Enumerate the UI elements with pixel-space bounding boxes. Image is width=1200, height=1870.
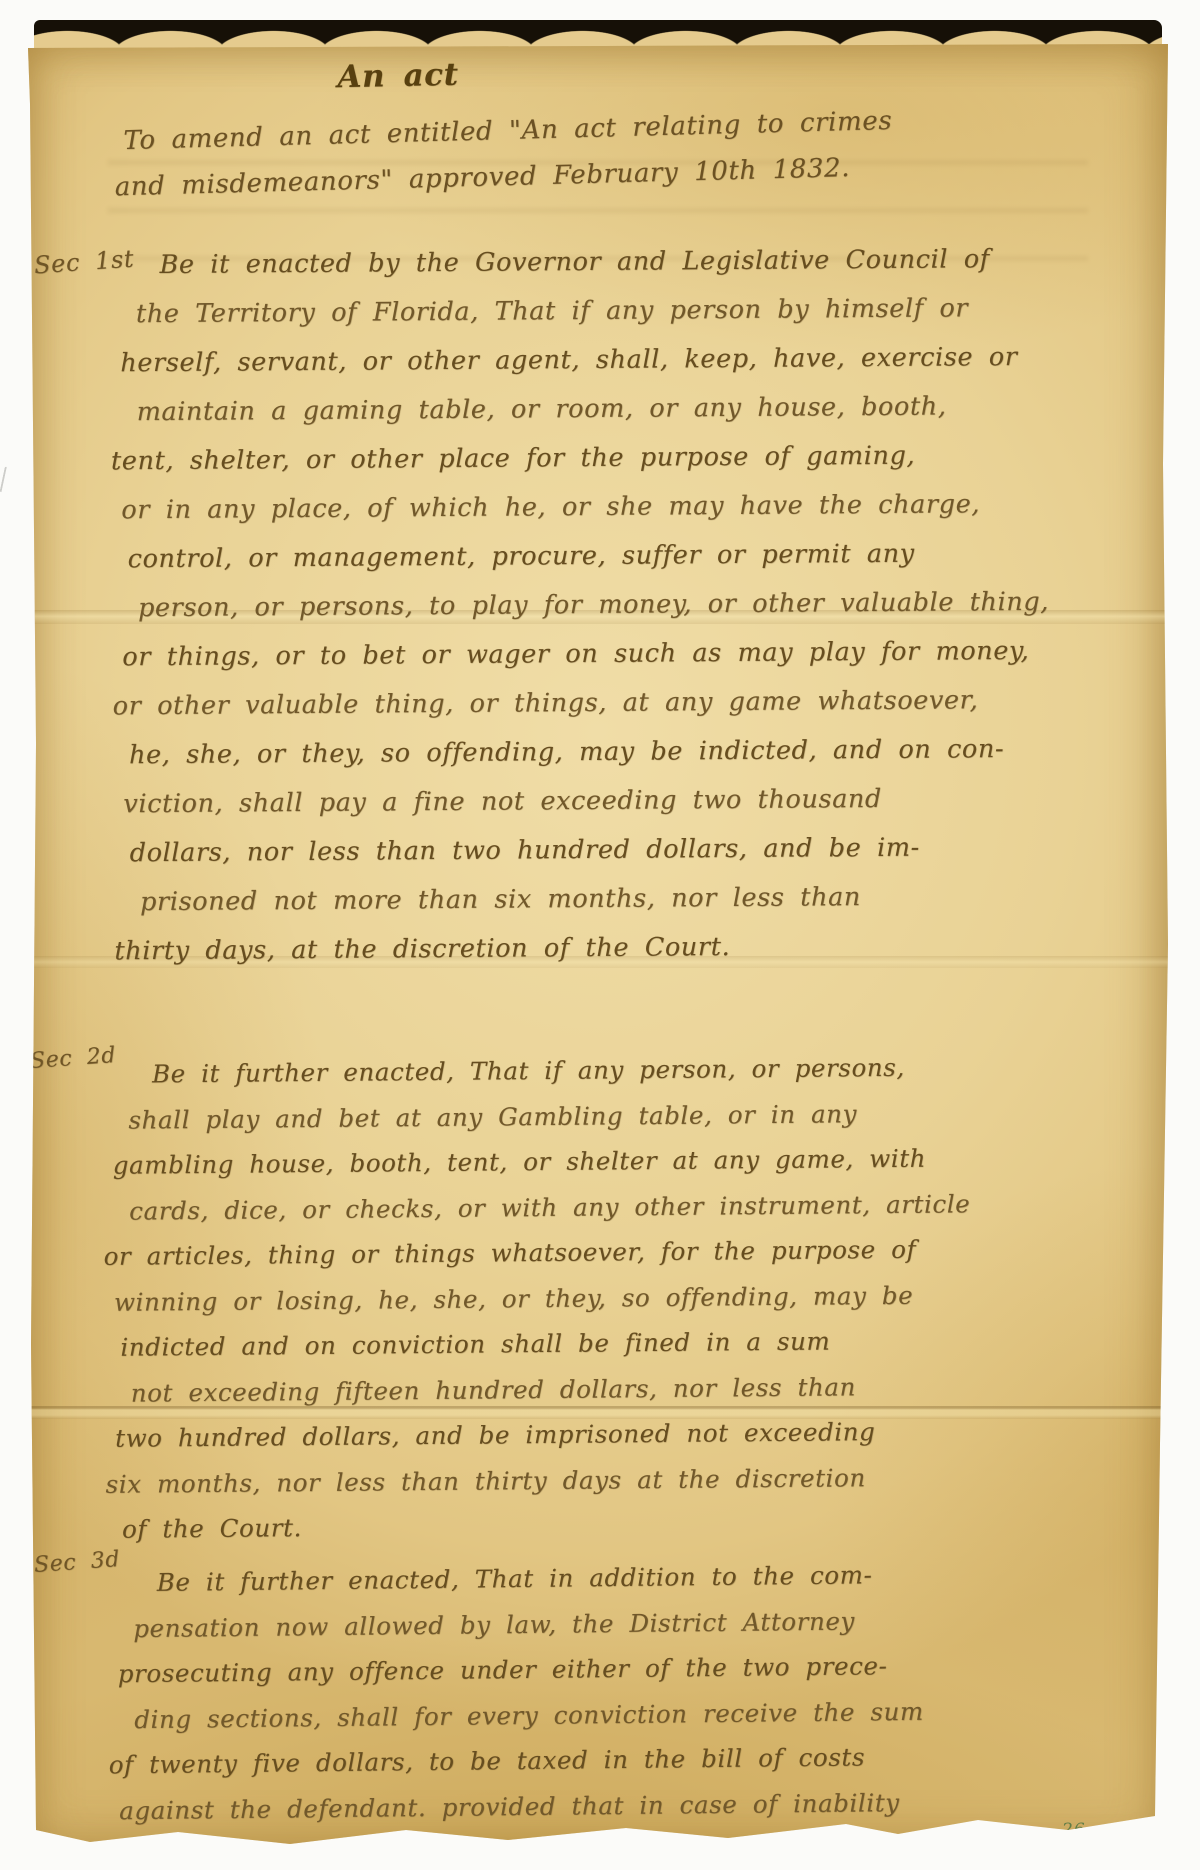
text-line: Be it further enacted, That if any perso… <box>152 1044 969 1097</box>
section-1-body: Be it enacted by the Governor and Legisl… <box>125 235 1051 976</box>
text-line: of twenty five dollars, to be taxed in t… <box>108 1734 924 1788</box>
section-2-label: Sec 2d <box>29 1043 117 1074</box>
text-line: prosecuting any offence under either of … <box>118 1643 924 1697</box>
text-line: two hundred dollars, and be imprisoned n… <box>115 1408 972 1461</box>
text-line: of the Court. <box>122 1499 973 1552</box>
text-line: dollars, nor less than two hundred dolla… <box>130 823 1051 878</box>
text-line: or articles, thing or things whatsoever,… <box>103 1226 970 1279</box>
text-line: person, or persons, to play for money, o… <box>138 578 1049 633</box>
text-line: maintain a gaming table, or room, or any… <box>136 382 1047 437</box>
text-line: the Territory of Florida, That if any pe… <box>136 284 1047 339</box>
text-line: Be it enacted by the Governor and Legisl… <box>159 235 1046 290</box>
text-line: shall play and bet at any Gambling table… <box>128 1090 969 1143</box>
photograph-background: An act To amend an act entitled "An act … <box>0 0 1200 1870</box>
text-line: cards, dice, or checks, or with any othe… <box>129 1181 970 1234</box>
text-line: six months, nor less than thirty days at… <box>105 1454 972 1507</box>
text-line: Be it further enacted, That in addition … <box>157 1552 923 1606</box>
text-line: tent, shelter, or other place for the pu… <box>111 431 1048 487</box>
section-2-body: Be it further enacted, That if any perso… <box>118 1044 973 1552</box>
text-line: pensation now allowed by law, the Distri… <box>133 1597 923 1651</box>
text-line: control, or management, procure, suffer … <box>127 529 1048 584</box>
section-3-body: Be it further enacted, That in addition … <box>123 1552 925 1833</box>
text-line: prisoned not more than six months, nor l… <box>140 872 1051 927</box>
text-line: herself, servant, or other agent, shall,… <box>120 333 1047 388</box>
document-page: An act To amend an act entitled "An act … <box>28 44 1168 1856</box>
text-line: not exceeding fifteen hundred dollars, n… <box>131 1363 972 1416</box>
margin-pencil-mark <box>0 466 23 495</box>
text-line: ding sections, shall for every convictio… <box>134 1688 924 1742</box>
document-title: An act <box>118 52 679 100</box>
text-line: viction, shall pay a fine not exceeding … <box>123 774 1050 829</box>
section-3-label: Sec 3d <box>33 1547 121 1578</box>
section-1-label: Sec 1st <box>33 245 135 280</box>
text-line: or things, or to bet or wager on such as… <box>122 627 1049 682</box>
page-number: 26 <box>1062 1820 1086 1840</box>
text-line: winning or losing, he, she, or they, so … <box>114 1272 971 1325</box>
document-subtitle: To amend an act entitled "An act relatin… <box>123 98 894 210</box>
text-line: gambling house, booth, tent, or shelter … <box>113 1135 970 1188</box>
text-line: against the defendant. provided that in … <box>119 1779 925 1833</box>
text-line: or other valuable thing, or things, at a… <box>113 676 1050 732</box>
text-line: he, she, or they, so offending, may be i… <box>129 725 1050 780</box>
text-line: thirty days, at the discretion of the Co… <box>114 921 1051 977</box>
text-line: indicted and on conviction shall be fine… <box>120 1317 971 1370</box>
text-line: or in any place, of which he, or she may… <box>121 480 1048 535</box>
